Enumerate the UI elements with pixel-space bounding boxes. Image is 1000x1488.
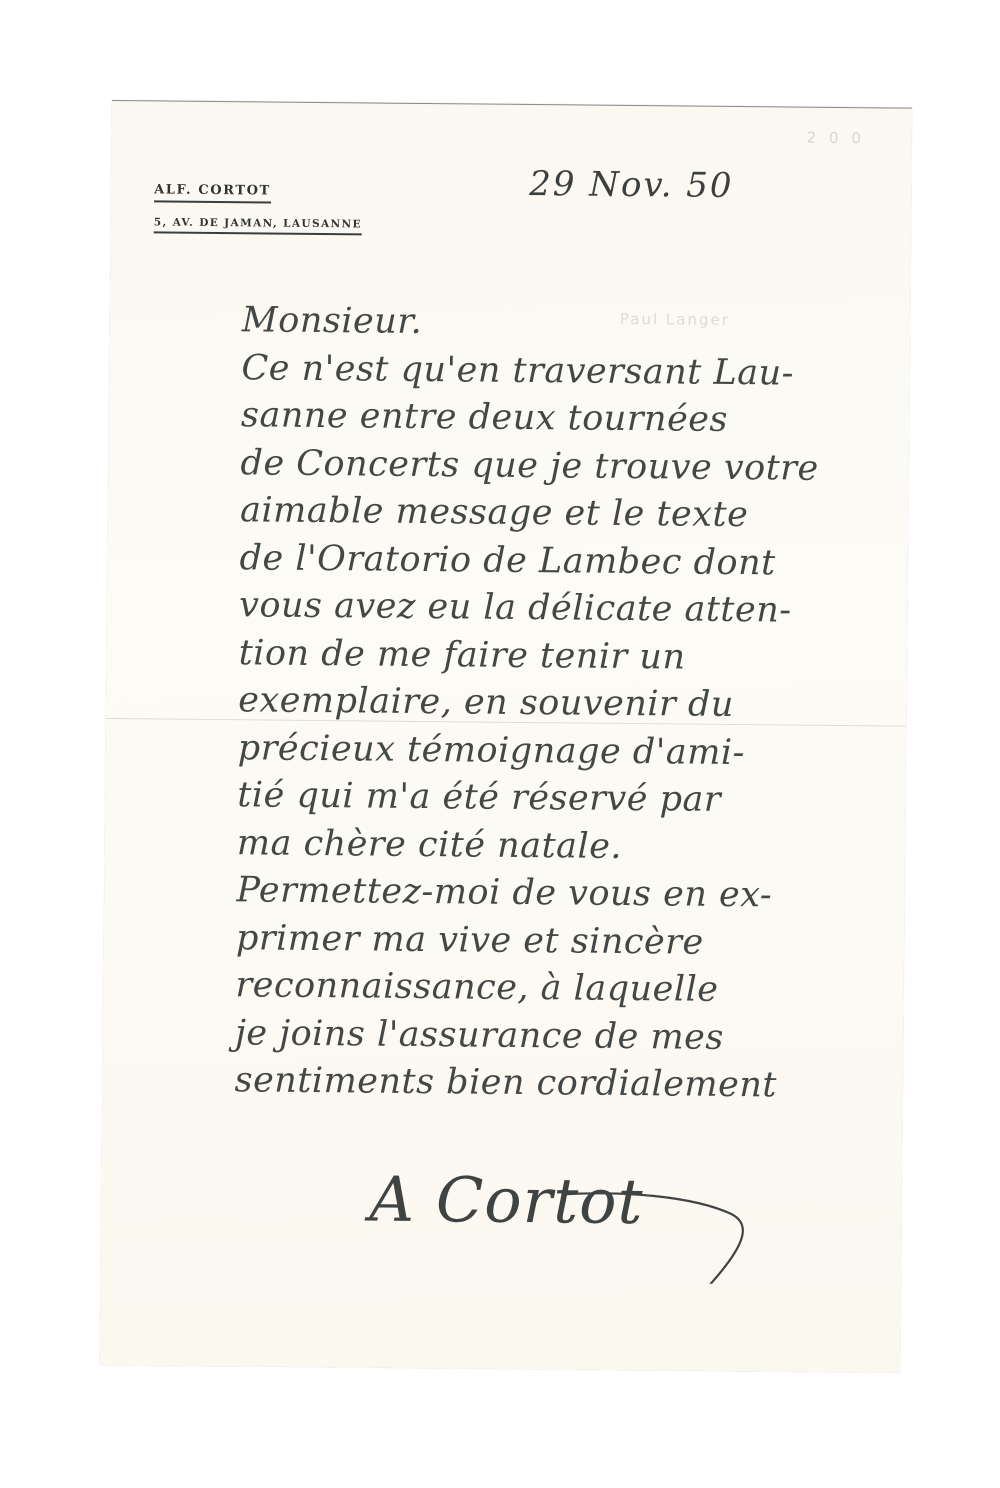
letter-body: Monsieur. Ce n'est qu'en traversant Lau-…	[234, 297, 902, 1111]
body-line: vous avez eu la délicate atten-	[239, 582, 899, 636]
body-line: tion de me faire tenir un	[238, 630, 898, 684]
body-line: je joins l'assurance de mes	[235, 1010, 895, 1064]
letter-date: 29 Nov. 50	[529, 164, 734, 206]
body-line: tié qui m'a été réservé par	[237, 772, 897, 826]
body-line: ma chère cité natale.	[237, 820, 897, 874]
paper-edge	[112, 100, 912, 109]
body-line: de Concerts que je trouve votre	[240, 440, 900, 494]
body-line: exemplaire, en souvenir du	[238, 677, 898, 731]
letterhead-address: 5, AV. DE JAMAN, LAUSANNE	[154, 216, 362, 235]
pencil-annotation-top-right: 2 0 0	[807, 129, 865, 148]
body-line: primer ma vive et sincère	[236, 915, 896, 969]
body-line: Permettez-moi de vous en ex-	[236, 867, 896, 921]
letterhead-name: ALF. CORTOT	[154, 182, 271, 203]
body-line: reconnaissance, à laquelle	[235, 962, 895, 1016]
body-line: de l'Oratorio de Lambec dont	[239, 535, 899, 589]
body-line: sanne entre deux tournées	[241, 392, 901, 446]
body-line: Ce n'est qu'en traversant Lau-	[241, 345, 901, 399]
body-line: précieux témoignage d'ami-	[238, 725, 898, 779]
letterhead: ALF. CORTOT 5, AV. DE JAMAN, LAUSANNE	[154, 178, 363, 235]
letter-sheet: 2 0 0 Paul Langer ALF. CORTOT 5, AV. DE …	[100, 100, 912, 1373]
body-line: sentiments bien cordialement	[234, 1057, 894, 1111]
signature-flourish-icon	[561, 1172, 762, 1284]
salutation: Monsieur.	[242, 297, 902, 351]
body-line: aimable message et le texte	[240, 487, 900, 541]
scanned-letter: 2 0 0 Paul Langer ALF. CORTOT 5, AV. DE …	[0, 0, 1000, 1488]
